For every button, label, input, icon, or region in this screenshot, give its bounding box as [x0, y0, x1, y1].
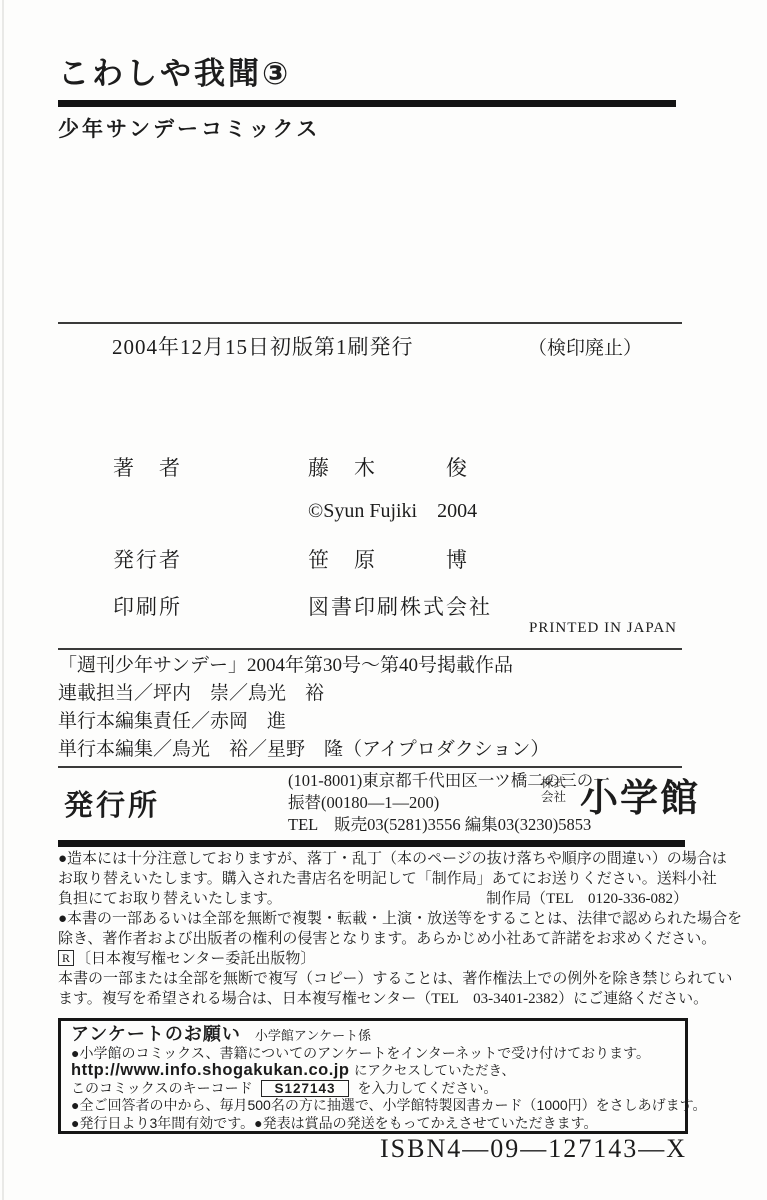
- volume-editor-chief-line: 単行本編集責任／赤岡 進: [58, 708, 549, 736]
- photocopy-notice-line2: ます。複写を希望される場合は、日本複写権センター（TEL 03-3401-238…: [58, 989, 688, 1009]
- author-role-label: 著 者: [113, 452, 182, 482]
- corporation-type-label: 株式 会社: [541, 776, 566, 804]
- volume-editor-line: 単行本編集／鳥光 裕／星野 隆（アイプロダクション）: [58, 736, 549, 764]
- survey-keycode-line: このコミックスのキーコード S127143 を入力してください。: [71, 1080, 675, 1098]
- corporation-type-bottom: 会社: [541, 790, 566, 804]
- registered-r-mark-icon: R: [58, 950, 74, 966]
- series-label: 少年サンデーコミックス: [58, 113, 320, 143]
- photocopy-notice-line1: 本書の一部または全部を無断で複写（コピー）することは、著作権法上での例外を除き禁…: [58, 969, 688, 989]
- survey-keycode-value: S127143: [261, 1080, 348, 1097]
- reprography-rights-line: R〔日本複写権センター委託出版物〕: [58, 949, 688, 969]
- survey-department-label: 小学館アンケート係: [255, 1027, 371, 1045]
- title-divider-rule: [58, 100, 676, 107]
- survey-validity-line: ●発行日より3年間有効です。●発表は賞品の発送をもってかえさせていただきます。: [71, 1115, 675, 1133]
- corporation-type-top: 株式: [541, 776, 566, 790]
- publisher-bottom-rule: [58, 840, 685, 847]
- author-name: 藤 木 俊: [308, 452, 469, 482]
- binding-notice-line2: お取り替えいたします。購入された書店名を明記して「制作局」あてにお送りください。…: [58, 869, 688, 889]
- isbn-number: ISBN4—09—127143—X: [380, 1134, 687, 1164]
- survey-url: http://www.info.shogakukan.co.jp: [71, 1061, 349, 1079]
- publisher-phone-line: TEL 販売03(5281)3556 編集03(3230)5853: [288, 814, 610, 836]
- serialization-top-rule: [58, 648, 682, 650]
- survey-heading-row: アンケートのお願い 小学館アンケート係: [71, 1026, 675, 1045]
- printer-company-name: 図書印刷株式会社: [308, 591, 492, 621]
- survey-prize-line: ●全ご回答者の中から、毎月500名の方に抽選で、小学館特製図書カード（1000円…: [71, 1097, 675, 1115]
- survey-url-suffix: にアクセスしていただき、: [354, 1063, 515, 1078]
- copyright-notice-line2: 除き、著作者および出版者の権利の侵害となります。あらかじめ小社あて許諾をお求めく…: [58, 929, 688, 949]
- production-bureau-contact: 制作局（TEL 0120-336-082）: [486, 889, 688, 909]
- survey-intro-line: ●小学館のコミックス、書籍についてのアンケートをインターネットで受け付けておりま…: [71, 1045, 675, 1063]
- serialization-editor-line: 連載担当／坪内 崇／鳥光 裕: [58, 680, 549, 708]
- colophon-page: こわしや我聞③ 少年サンデーコミックス 2004年12月15日初版第1刷発行 （…: [0, 0, 767, 1200]
- edition-date-line: 2004年12月15日初版第1刷発行: [112, 331, 414, 361]
- publisher-role-label: 発行者: [113, 544, 182, 574]
- publisher-person-name: 笹 原 博: [308, 544, 469, 574]
- seal-abolition-note: （検印廃止）: [528, 333, 642, 360]
- survey-url-line: http://www.info.shogakukan.co.jp にアクセスして…: [71, 1062, 675, 1080]
- publishing-office-label: 発行所: [64, 783, 160, 824]
- reprography-rights-label: 〔日本複写権センター委託出版物〕: [76, 951, 315, 967]
- copyright-line: ©Syun Fujiki 2004: [308, 494, 477, 523]
- serialization-source-line: 「週刊少年サンデー」2004年第30号～第40号掲載作品: [58, 652, 549, 680]
- edition-top-rule: [58, 322, 682, 324]
- survey-heading: アンケートのお願い: [71, 1026, 241, 1044]
- book-title: こわしや我聞③: [58, 48, 291, 93]
- printer-role-label: 印刷所: [113, 591, 182, 621]
- survey-request-box: アンケートのお願い 小学館アンケート係 ●小学館のコミックス、書籍についてのアン…: [58, 1018, 688, 1134]
- binding-notice-line3: 負担にてお取り替えいたします。 制作局（TEL 0120-336-082）: [58, 889, 688, 909]
- survey-keycode-suffix: を入力してください。: [357, 1080, 497, 1096]
- survey-keycode-prefix: このコミックスのキーコード: [71, 1080, 253, 1096]
- copyright-notice-line1: ●本書の一部あるいは全部を無断で複製・転載・上演・放送等をすることは、法律で認め…: [58, 909, 688, 929]
- printed-in-japan-label: PRINTED IN JAPAN: [529, 620, 677, 637]
- legal-notices: ●造本には十分注意しておりますが、落丁・乱丁（本のページの抜け落ちや順序の間違い…: [58, 849, 688, 1009]
- serialization-block: 「週刊少年サンデー」2004年第30号～第40号掲載作品 連載担当／坪内 崇／鳥…: [58, 652, 549, 764]
- binding-notice-line1: ●造本には十分注意しておりますが、落丁・乱丁（本のページの抜け落ちや順序の間違い…: [58, 849, 688, 869]
- publisher-company-name: 小学館: [580, 767, 700, 822]
- binding-notice-line3-left: 負担にてお取り替えいたします。: [58, 889, 282, 909]
